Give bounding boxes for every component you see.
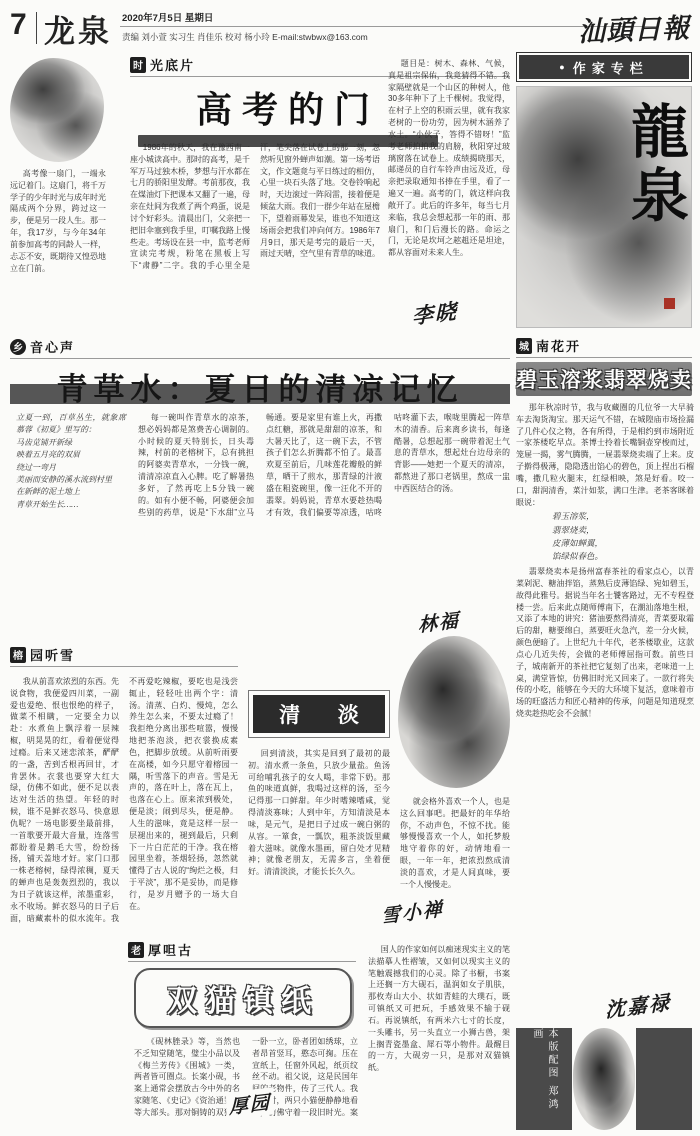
qingdan-title-frame: 清 淡	[248, 690, 390, 738]
shuangmao-title: 双猫镇纸	[167, 976, 319, 1020]
gaokao-col-left-text: 高考像一扇门，一端永远记着门。这扇门，将千万学子的少年时光与成年时光隔成两个分界…	[10, 168, 106, 274]
section-label-text: 光底片	[150, 55, 195, 74]
qingcao-poem: 立夏一到，百草丛生，就象席慕蓉《初夏》里写的： 马齿苋铺开新绿 映着五月亮的双眉…	[10, 412, 126, 511]
section-label-chengnan: 城 南花开	[516, 336, 581, 355]
gaokao-col-left: 高考像一扇门，一端永远记着门。这扇门，将千万学子的少年时光与成年时光隔成两个分界…	[10, 168, 106, 332]
shaomai-author-signature: 沈嘉禄	[602, 986, 674, 1024]
section-label-rongyuan: 榕 园听雪	[10, 645, 75, 664]
section-label-text: 音心声	[30, 337, 75, 356]
section-label-icon: 乡	[10, 339, 26, 355]
shaomai-body-2: 翡翠烧卖本是扬州富春茶社的看家点心，以青菜剁泥、糖油拌馅，蒸熟后皮薄馅绿、宛如碧…	[516, 566, 694, 720]
section-label-icon: 城	[516, 338, 532, 354]
section-title: 龙泉	[44, 6, 112, 51]
section-label-icon: 时	[130, 57, 146, 73]
newspaper-masthead: 汕頭日報	[577, 6, 690, 49]
ink-painting-footer	[573, 1028, 635, 1130]
page-number: 7	[10, 8, 27, 42]
shaomai-body: 那年秋凉时节，我与收藏圈的几位爷一大早骑车去淘货淘宝。那天运气不错，在城隍庙市场…	[516, 402, 694, 986]
writer-column-header-frame: ● 作家专栏	[516, 52, 692, 82]
shaomai-title: 碧玉溶浆翡翠烧卖	[516, 364, 692, 394]
bullet-icon: ●	[559, 62, 564, 72]
shuangmao-body-right: 国人的作家如何以痴迷现实主义的笔法描摹人性褶皱，又如何以现实主义的笔触震撼我们的…	[368, 944, 510, 1130]
label-rule-5	[516, 357, 692, 358]
shaomai-title-bar: 碧玉溶浆翡翠烧卖	[516, 362, 692, 396]
gaokao-body-right-text: 题目是：树木、森林、气候，真是祖宗保佑，我竟猜得不错。我家隔壁就是一个山区的种树…	[388, 58, 510, 259]
section-label-xiangyin: 乡 音心声	[10, 337, 75, 356]
qingdan-title: 清 淡	[253, 695, 385, 733]
ink-painting-longquan: 龍泉	[516, 86, 692, 328]
newspaper-page: 7 龙泉 2020年7月5日 星期日 责编 刘小萱 实习生 肖佳乐 校对 杨小玲…	[0, 0, 700, 1136]
footer-block-right	[636, 1028, 692, 1130]
section-label-text: 南花开	[536, 336, 581, 355]
writer-column-header: ● 作家专栏	[519, 55, 689, 79]
section-label-text: 厚呾古	[148, 940, 193, 959]
gaokao-author-signature: 李晓	[412, 295, 458, 331]
writer-column-header-label: 作家专栏	[573, 58, 649, 77]
publication-date: 2020年7月5日 星期日	[122, 10, 213, 24]
gaokao-body-right: 题目是：树木、森林、气候，真是祖宗保佑，我竟猜得不错。我家隔壁就是一个山区的种树…	[388, 58, 510, 294]
gaokao-body: 1986年的秋天，我在豫西南一座小城读高中。那时的高考，是千军万马过独木桥，梦想…	[130, 142, 380, 332]
writer-column-footer: 本版配图 郑鸿 画	[516, 1028, 692, 1130]
longquan-calligraphy: 龍泉	[625, 101, 683, 229]
section-label-laohou: 老 厚呾古	[128, 940, 193, 959]
qingdan-body-right-text: 就会格外喜欢一个人，也是这么回事吧。把最好的年华给你，不动声色，不惊不扰。能够慢…	[400, 796, 510, 891]
qingcao-body-text: 每一碗叫作青草水的凉茶，想必妈妈都是煞费苦心调制的。小时候的夏天特别长，日头毒辣…	[138, 412, 510, 518]
qingcao-title: 青草水：夏日的清凉记忆	[10, 364, 510, 409]
shaomai-quote: 碧玉溶浆， 翡翠烧卖， 皮薄如蝉翼， 馅绿似春色。	[516, 510, 694, 563]
header-divider	[36, 12, 37, 44]
section-label-icon: 榕	[10, 647, 26, 663]
label-rule-4	[128, 961, 356, 962]
ink-painting-top-left	[10, 58, 104, 162]
section-label-text: 园听雪	[30, 645, 75, 664]
shaomai-body-1: 那年秋凉时节，我与收藏圈的几位爷一大早骑车去淘货淘宝。那天运气不错，在城隍庙市场…	[516, 402, 694, 508]
gaokao-body-text: 1986年的秋天，我在豫西南一座小城读高中。那时的高考，是千军万马过独木桥，梦想…	[130, 142, 380, 272]
ink-painting-stone	[398, 636, 510, 788]
shuangmao-body-right-text: 国人的作家如何以痴迷现实主义的笔法描摹人性褶皱，又如何以现实主义的笔触震撼我们的…	[368, 944, 510, 1074]
staff-line: 责编 刘小萱 实习生 肖佳乐 校对 杨小玲 E-mail:stwbwx@163.…	[122, 31, 368, 43]
qingdan-body: 回到清淡，其实是回到了最初的最初。清水煮一条鱼，只放少量盐。鱼汤可给哺乳孩子的女…	[248, 748, 390, 934]
label-rule-2	[10, 358, 510, 359]
shuangmao-title-frame: 双猫镇纸	[134, 968, 352, 1028]
qingcao-title-wrap: 青草水：夏日的清凉记忆	[10, 364, 510, 404]
section-label-shiguangdipian: 时 光底片	[130, 55, 195, 74]
rongyuan-body-text: 我从前喜欢浓烈的东西。先说食物，我便爱四川菜，一副爱也爱绝、恨也恨绝的样子，做菜…	[10, 676, 238, 924]
footer-caption: 本版配图 郑鸿 画	[529, 1028, 559, 1130]
label-rule-3	[10, 666, 238, 667]
section-label-icon: 老	[128, 942, 144, 958]
seal-stamp-icon	[664, 298, 675, 309]
footer-block-left: 本版配图 郑鸿 画	[516, 1028, 572, 1130]
qingdan-body-text: 回到清淡，其实是回到了最初的最初。清水煮一条鱼，只放少量盐。鱼汤可给哺乳孩子的女…	[248, 748, 390, 878]
